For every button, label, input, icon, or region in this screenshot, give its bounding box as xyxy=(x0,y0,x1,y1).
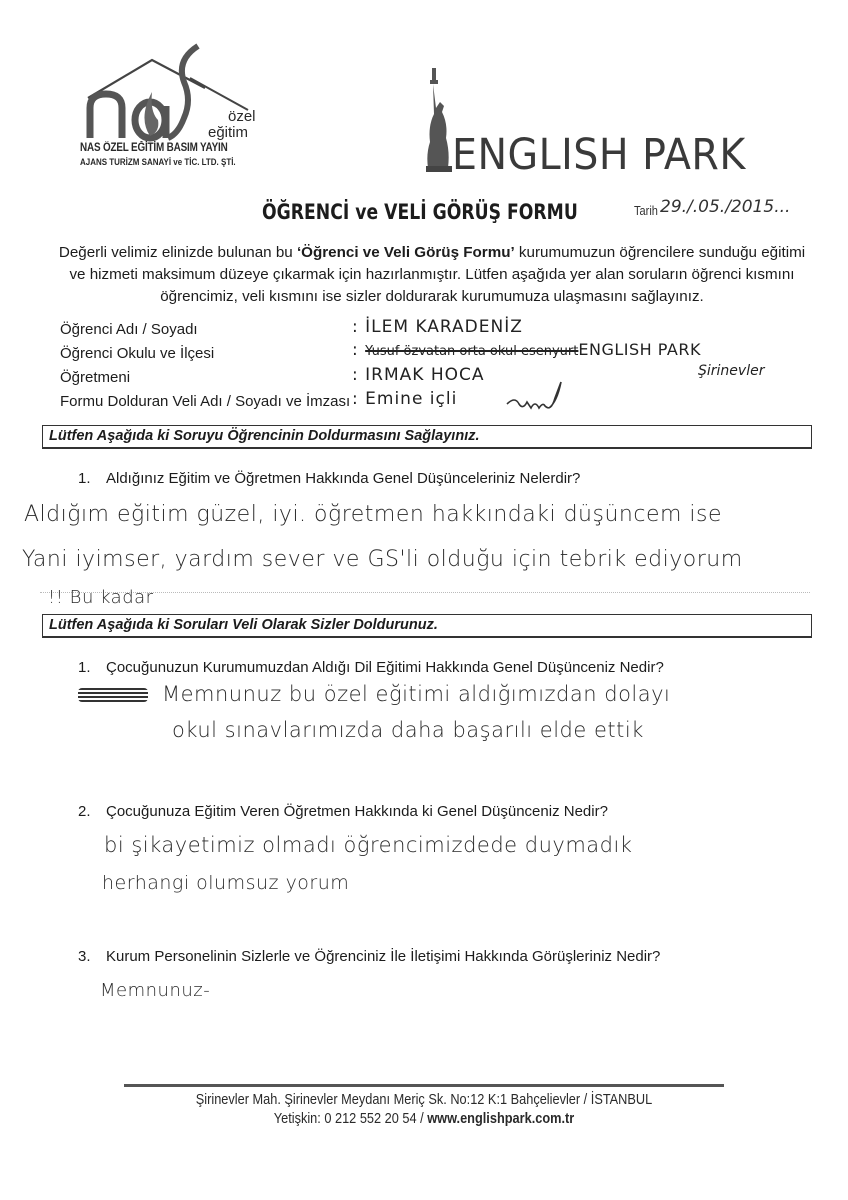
nas-ozel-egitim-logo: özel eğitim NAS ÖZEL EĞİTİM BASIM YAYIN … xyxy=(80,38,260,178)
signature-mark-icon xyxy=(505,378,565,414)
parent-answer-2-line-1[interactable]: bi şikayetimiz olmadı öğrencimizdede duy… xyxy=(104,833,632,857)
nas-logo-ozel: özel xyxy=(228,108,256,125)
date-label: Tarih xyxy=(634,203,658,218)
struck-school-text: Yusuf özvatan orta okul esenyurt xyxy=(365,344,578,359)
student-school-field[interactable]: : Yusuf özvatan orta okul esenyurtENGLIS… xyxy=(352,340,701,360)
statue-of-liberty-icon xyxy=(424,68,454,178)
parent-question-3: 3.Kurum Personelinin Sizlerle ve Öğrenci… xyxy=(78,948,660,965)
parent-answer-1-line-2[interactable]: okul sınavlarımızda daha başarılı elde e… xyxy=(172,718,644,742)
nas-company-subtitle: AJANS TURİZM SANAYİ ve TİC. LTD. ŞTİ. xyxy=(80,157,236,168)
student-answer-line-1[interactable]: Aldığım eğitim güzel, iyi. öğretmen hakk… xyxy=(24,502,722,527)
student-section-header: Lütfen Aşağıda ki Soruyu Öğrencinin Dold… xyxy=(42,425,812,449)
teacher-label: Öğretmeni xyxy=(60,369,130,386)
student-answer-line-2[interactable]: Yani iyimser, yardım sever ve GS'li oldu… xyxy=(22,547,743,572)
footer-website-link[interactable]: www.englishpark.com.tr xyxy=(427,1111,574,1127)
footer-address: Şirinevler Mah. Şirinevler Meydanı Meriç… xyxy=(160,1092,688,1108)
parent-name-signature-label: Formu Dolduran Veli Adı / Soyadı ve İmza… xyxy=(60,393,350,410)
school-district-note: Şirinevler xyxy=(698,363,764,379)
footer-phone: Yetişkin: 0 212 552 20 54 / xyxy=(274,1111,427,1127)
student-answer-line-3[interactable]: !! Bu kadar xyxy=(48,587,154,608)
nas-company-name: NAS ÖZEL EĞİTİM BASIM YAYIN xyxy=(80,142,228,154)
teacher-field[interactable]: : IRMAK HOCA xyxy=(352,365,484,385)
parent-question-1: 1.Çocuğunuzun Kurumumuzdan Aldığı Dil Eğ… xyxy=(78,659,664,676)
parent-question-2: 2.Çocuğunuza Eğitim Veren Öğretmen Hakkı… xyxy=(78,803,608,820)
student-name-field[interactable]: : İLEM KARADENİZ xyxy=(352,317,523,337)
parent-section-header: Lütfen Aşağıda ki Soruları Veli Olarak S… xyxy=(42,614,812,638)
parent-answer-3-line-1[interactable]: Memnunuz- xyxy=(100,980,210,1001)
date-field[interactable]: 29./.05./2015... xyxy=(660,197,790,217)
student-school-label: Öğrenci Okulu ve İlçesi xyxy=(60,345,214,362)
student-question-1: 1.Aldığınız Eğitim ve Öğretmen Hakkında … xyxy=(78,470,580,487)
form-title: ÖĞRENCİ ve VELİ GÖRÜŞ FORMU xyxy=(262,200,578,224)
parent-answer-1-line-1[interactable]: Memnunuz bu özel eğitimi aldığımızdan do… xyxy=(78,682,670,706)
student-name-label: Öğrenci Adı / Soyadı xyxy=(60,321,198,338)
nas-logo-egitim: eğitim xyxy=(208,124,248,141)
answer-dotted-line xyxy=(40,592,810,593)
parent-name-signature-field[interactable]: : Emine içli xyxy=(352,389,457,409)
footer-contact: Yetişkin: 0 212 552 20 54 / www.englishp… xyxy=(160,1111,688,1127)
parent-answer-2-line-2[interactable]: herhangi olumsuz yorum xyxy=(102,872,349,894)
intro-paragraph: Değerli velimiz elinizde bulunan bu ‘Öğr… xyxy=(52,242,812,308)
form-name-emphasis: ‘Öğrenci ve Veli Görüş Formu’ xyxy=(297,244,515,261)
scribbled-out-word xyxy=(78,688,148,702)
footer-divider xyxy=(124,1084,724,1087)
english-park-logo: ENGLISH PARK xyxy=(428,68,778,178)
english-park-wordmark: ENGLISH PARK xyxy=(452,130,746,180)
